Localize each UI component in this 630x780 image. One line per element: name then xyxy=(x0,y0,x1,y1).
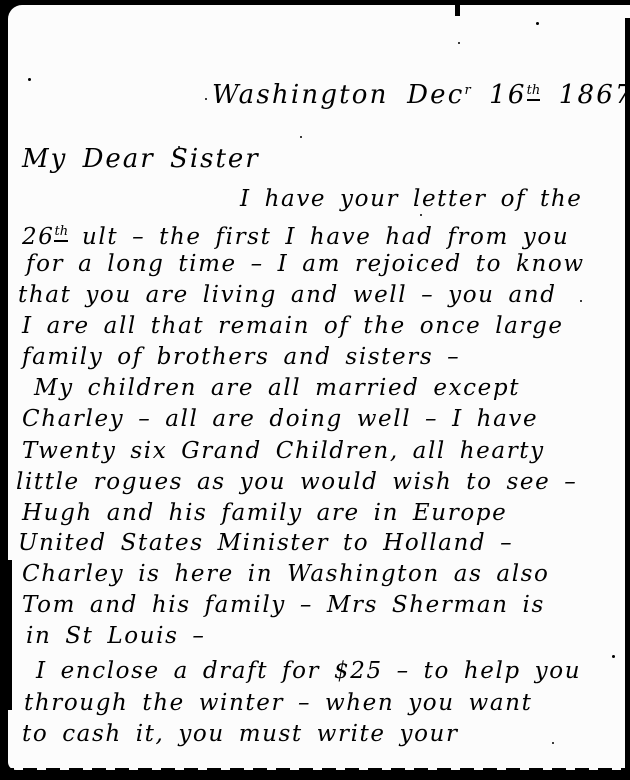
date-place: Washington Dec xyxy=(212,80,464,110)
scan-edge-notch xyxy=(455,0,460,16)
scan-speck xyxy=(420,214,422,216)
scan-speck xyxy=(205,98,207,100)
scan-edge-bottom xyxy=(0,768,630,771)
salutation: My Dear Sister xyxy=(22,145,260,173)
scan-edge-right xyxy=(625,18,630,780)
line26-superscript-th: th xyxy=(54,224,68,242)
letter-line: Twenty six Grand Children, all hearty xyxy=(22,437,545,465)
scan-speck xyxy=(612,655,615,658)
line26-rest: ult – the first I have had from you xyxy=(68,224,569,250)
letter-line: Tom and his family – Mrs Sherman is xyxy=(22,591,545,619)
date-line: Washington Decr 16th 1867 xyxy=(212,77,630,109)
letter-line: in St Louis – xyxy=(26,622,206,650)
letter-scan: Washington Decr 16th 1867 My Dear Sister… xyxy=(0,0,630,780)
letter-line: through the winter – when you want xyxy=(24,689,532,717)
scan-speck xyxy=(552,742,554,744)
letter-line: United States Minister to Holland – xyxy=(18,529,513,557)
letter-line: that you are living and well – you and xyxy=(18,281,557,309)
scan-speck xyxy=(178,146,180,148)
letter-line: I enclose a draft for $25 – to help you xyxy=(36,657,581,685)
letter-line: Charley – all are doing well – I have xyxy=(22,405,538,433)
letter-line: Hugh and his family are in Europe xyxy=(22,499,507,527)
scan-speck xyxy=(300,136,302,138)
letter-line-opening: I have your letter of the xyxy=(240,185,583,213)
letter-line: My children are all married except xyxy=(34,374,520,402)
scan-edge-left xyxy=(0,560,12,710)
scan-speck xyxy=(458,42,460,44)
scan-speck xyxy=(536,22,539,25)
line26-day: 26 xyxy=(22,224,54,250)
date-superscript-th: th xyxy=(527,83,541,101)
scan-speck xyxy=(28,78,31,81)
letter-line: little rogues as you would wish to see – xyxy=(16,468,577,496)
letter-page: Washington Decr 16th 1867 My Dear Sister… xyxy=(8,5,630,770)
letter-line: to cash it, you must write your xyxy=(22,720,459,748)
letter-line: Charley is here in Washington as also xyxy=(22,560,550,588)
scan-speck xyxy=(580,300,582,302)
letter-line: for a long time – I am rejoiced to know xyxy=(26,250,585,278)
letter-line-26th: 26th ult – the first I have had from you xyxy=(22,218,569,251)
date-day: 16 xyxy=(471,80,527,110)
letter-line: I are all that remain of the once large xyxy=(22,312,564,340)
date-year: 1867 xyxy=(540,80,630,110)
letter-line: family of brothers and sisters – xyxy=(22,343,460,371)
